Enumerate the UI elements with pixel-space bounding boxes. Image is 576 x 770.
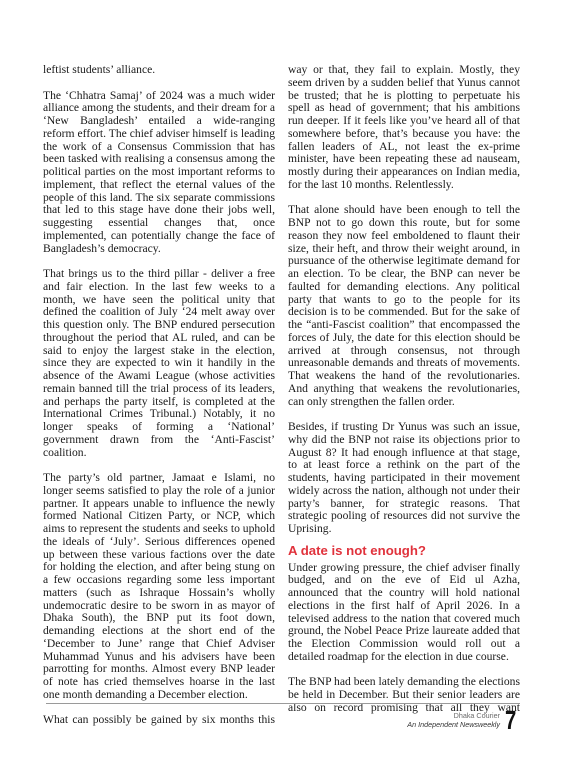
publication-tagline: An Independent Newsweekly <box>407 720 500 729</box>
magazine-page: leftist students’ alliance. The ‘Chhatra… <box>0 0 576 770</box>
left-column: leftist students’ alliance. The ‘Chhatra… <box>43 64 275 740</box>
paragraph: That alone should have been enough to te… <box>288 204 520 408</box>
page-number: 7 <box>505 706 516 734</box>
publication-name: Dhaka Courier <box>407 711 500 720</box>
paragraph: way or that, they fail to explain. Mostl… <box>288 64 520 192</box>
paragraph: Besides, if trusting Dr Yunus was such a… <box>288 421 520 536</box>
footer-divider <box>46 703 520 704</box>
section-heading: A date is not enough? <box>288 543 520 558</box>
paragraph: The party’s old partner, Jamaat e Islami… <box>43 472 275 702</box>
paragraph: The ‘Chhatra Samaj’ of 2024 was a much w… <box>43 90 275 256</box>
footer-branding: Dhaka Courier An Independent Newsweekly <box>407 711 500 729</box>
paragraph: That brings us to the third pillar - del… <box>43 268 275 459</box>
paragraph-continued: The BNP had been lately demanding the el… <box>288 676 520 714</box>
paragraph-continued: What can possibly be gained by six month… <box>43 714 275 727</box>
paragraph: Under growing pressure, the chief advise… <box>288 562 520 664</box>
right-column: way or that, they fail to explain. Mostl… <box>288 64 520 727</box>
paragraph: leftist students’ alliance. <box>43 64 275 77</box>
